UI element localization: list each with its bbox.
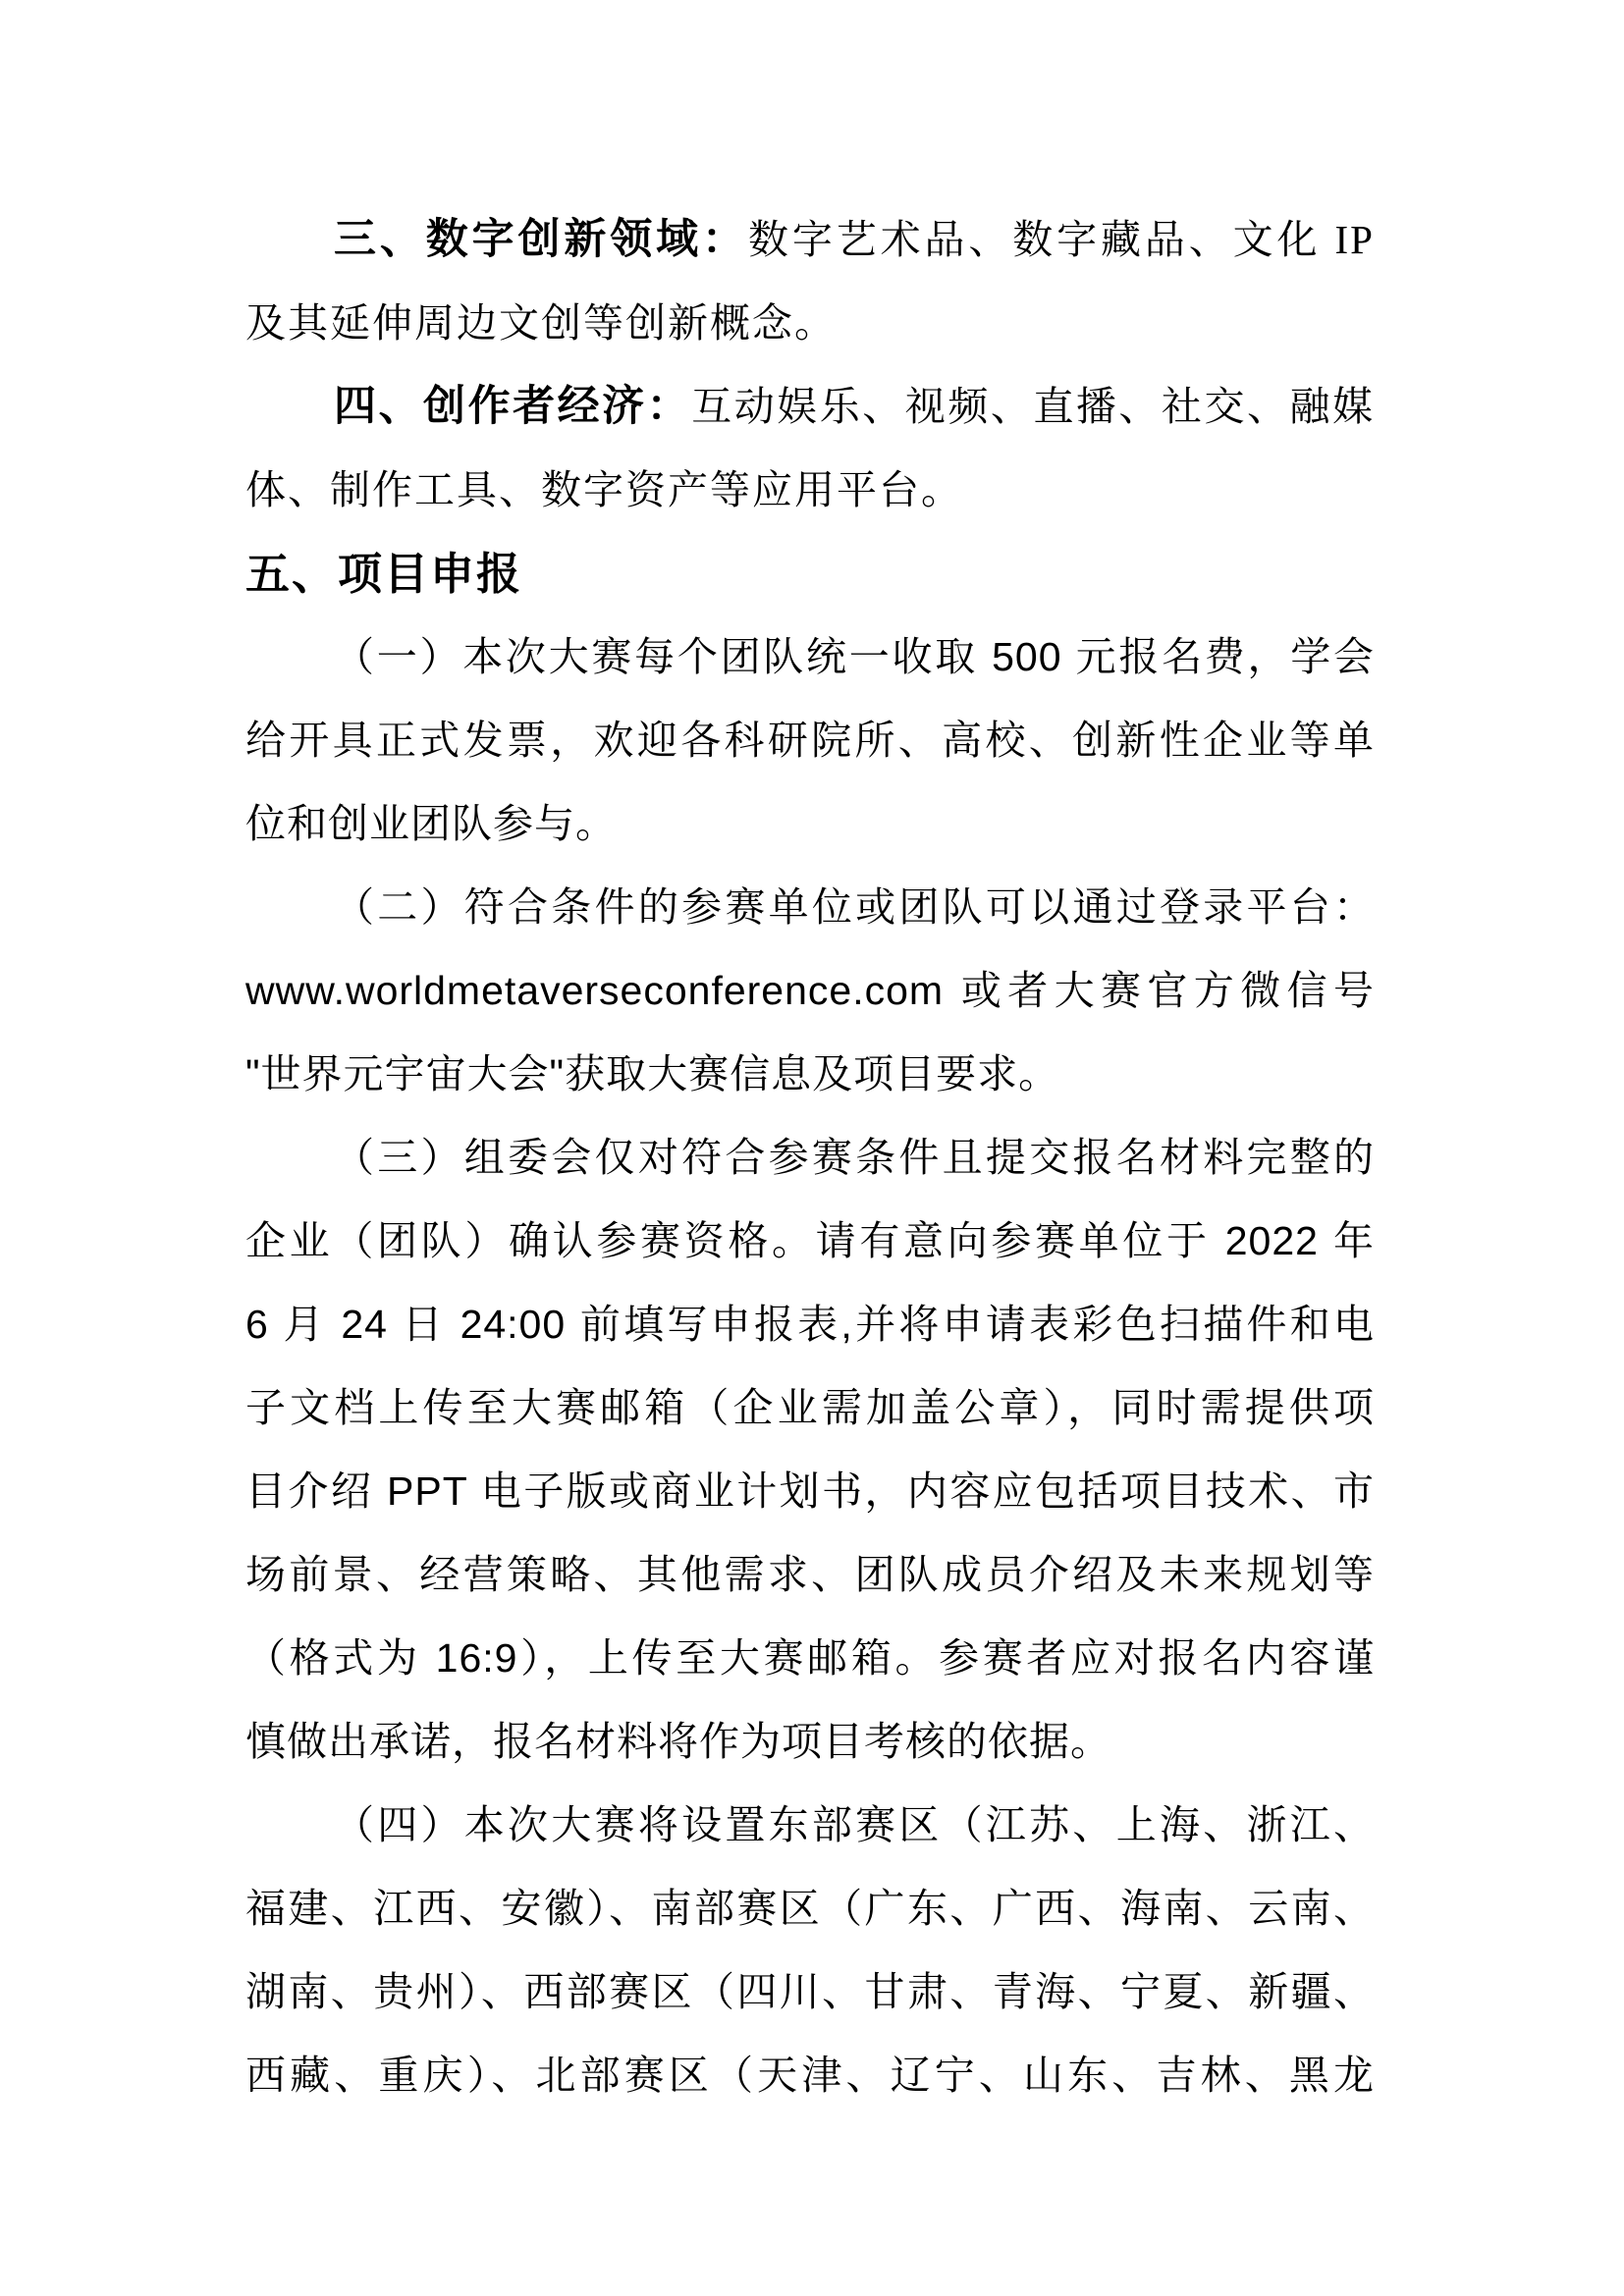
line-text: （格式为 16:9），上传至大赛邮箱。参赛者应对报名内容谨 bbox=[245, 1635, 1375, 1681]
text-line: 子文档上传至大赛邮箱（企业需加盖公章），同时需提供项 bbox=[245, 1366, 1375, 1450]
text-line: 三、数字创新领域：数字艺术品、数字藏品、文化 IP bbox=[245, 198, 1375, 282]
line-text: 目介绍 PPT 电子版或商业计划书，内容应包括项目技术、市 bbox=[245, 1468, 1375, 1514]
line-text: 给开具正式发票，欢迎各科研院所、高校、创新性企业等单 bbox=[245, 718, 1375, 763]
line-text: 位和创业团队参与。 bbox=[245, 801, 617, 846]
text-line: "世界元宇宙大会"获取大赛信息及项目要求。 bbox=[245, 1033, 1375, 1116]
line-text: 慎做出承诺，报名材料将作为项目考核的依据。 bbox=[245, 1719, 1111, 1764]
line-text: www.worldmetaverseconference.com 或者大赛官方微… bbox=[245, 968, 1375, 1013]
text-line: （三）组委会仅对符合参赛条件且提交报名材料完整的 bbox=[245, 1116, 1375, 1200]
text-line: （四）本次大赛将设置东部赛区（江苏、上海、浙江、 bbox=[245, 1784, 1375, 1867]
text-line: 企业（团队）确认参赛资格。请有意向参赛单位于 2022 年 bbox=[245, 1200, 1375, 1283]
text-line: 给开具正式发票，欢迎各科研院所、高校、创新性企业等单 bbox=[245, 699, 1375, 782]
line-text: 子文档上传至大赛邮箱（企业需加盖公章），同时需提供项 bbox=[245, 1385, 1375, 1430]
text-line: （格式为 16:9），上传至大赛邮箱。参赛者应对报名内容谨 bbox=[245, 1617, 1375, 1700]
section-number-heading: 四、创作者经济： bbox=[334, 383, 691, 430]
line-text: （一）本次大赛每个团队统一收取 500 元报名费，学会 bbox=[334, 634, 1375, 679]
text-line: 西藏、重庆）、北部赛区（天津、辽宁、山东、吉林、黑龙 bbox=[245, 2034, 1375, 2117]
line-text: "世界元宇宙大会"获取大赛信息及项目要求。 bbox=[245, 1051, 1059, 1096]
line-text: 企业（团队）确认参赛资格。请有意向参赛单位于 2022 年 bbox=[245, 1218, 1375, 1263]
document-page: 三、数字创新领域：数字艺术品、数字藏品、文化 IP 及其延伸周边文创等创新概念。… bbox=[0, 0, 1624, 2296]
text-line: 体、制作工具、数字资产等应用平台。 bbox=[245, 449, 1375, 532]
text-line: 四、创作者经济：互动娱乐、视频、直播、社交、融媒 bbox=[245, 365, 1375, 449]
section-number-heading: 三、数字创新领域： bbox=[334, 216, 748, 263]
text-line: （一）本次大赛每个团队统一收取 500 元报名费，学会 bbox=[245, 615, 1375, 699]
section-number-heading: 五、项目申报 bbox=[245, 549, 522, 599]
text-line: 及其延伸周边文创等创新概念。 bbox=[245, 282, 1375, 365]
text-line: 五、项目申报 bbox=[245, 532, 1375, 615]
line-text: 场前景、经营策略、其他需求、团队成员介绍及未来规划等 bbox=[245, 1552, 1375, 1597]
line-text: 数字艺术品、数字藏品、文化 IP bbox=[748, 217, 1375, 262]
line-text: （二）符合条件的参赛单位或团队可以通过登录平台： bbox=[334, 884, 1375, 930]
text-line: 湖南、贵州）、西部赛区（四川、甘肃、青海、宁夏、新疆、 bbox=[245, 1950, 1375, 2034]
line-text: 6 月 24 日 24:00 前填写申报表,并将申请表彩色扫描件和电 bbox=[245, 1302, 1375, 1347]
text-line: 目介绍 PPT 电子版或商业计划书，内容应包括项目技术、市 bbox=[245, 1450, 1375, 1533]
text-line: 慎做出承诺，报名材料将作为项目考核的依据。 bbox=[245, 1700, 1375, 1784]
text-line: （二）符合条件的参赛单位或团队可以通过登录平台： bbox=[245, 866, 1375, 949]
line-text: 西藏、重庆）、北部赛区（天津、辽宁、山东、吉林、黑龙 bbox=[245, 2053, 1375, 2098]
text-line: 场前景、经营策略、其他需求、团队成员介绍及未来规划等 bbox=[245, 1533, 1375, 1617]
line-text: 及其延伸周边文创等创新概念。 bbox=[245, 300, 837, 346]
text-line: 6 月 24 日 24:00 前填写申报表,并将申请表彩色扫描件和电 bbox=[245, 1283, 1375, 1366]
line-text: （三）组委会仅对符合参赛条件且提交报名材料完整的 bbox=[334, 1135, 1375, 1180]
line-text: 湖南、贵州）、西部赛区（四川、甘肃、青海、宁夏、新疆、 bbox=[245, 1969, 1375, 2014]
text-line: 位和创业团队参与。 bbox=[245, 782, 1375, 866]
line-text: 福建、江西、安徽）、南部赛区（广东、广西、海南、云南、 bbox=[245, 1886, 1375, 1931]
text-line: 福建、江西、安徽）、南部赛区（广东、广西、海南、云南、 bbox=[245, 1867, 1375, 1950]
line-text: 互动娱乐、视频、直播、社交、融媒 bbox=[691, 384, 1375, 429]
text-line: www.worldmetaverseconference.com 或者大赛官方微… bbox=[245, 949, 1375, 1033]
line-text: 体、制作工具、数字资产等应用平台。 bbox=[245, 467, 963, 512]
line-text: （四）本次大赛将设置东部赛区（江苏、上海、浙江、 bbox=[334, 1802, 1375, 1847]
